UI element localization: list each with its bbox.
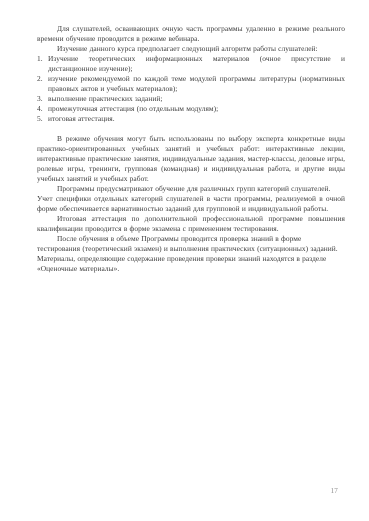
list-item: 2. изучение рекомендуемой по каждой теме… (37, 74, 345, 94)
list-item-text: выполнение практических заданий; (48, 94, 345, 104)
list-item-text: изучение рекомендуемой по каждой теме мо… (48, 74, 345, 94)
paragraph-algorithm-intro: Изучение данного курса предполагает след… (37, 44, 345, 54)
list-item-number: 1. (37, 54, 48, 64)
page-number: 17 (331, 487, 338, 495)
document-page: Для слушателей, осваивающих очную часть … (0, 0, 369, 521)
list-item: 1. Изучение теоретических информационных… (37, 54, 345, 74)
list-item: 5. итоговая аттестация. (37, 114, 345, 124)
paragraph-training-modes: В режиме обучения могут быть использован… (37, 134, 345, 184)
list-item-number: 2. (37, 74, 48, 84)
list-item-text: итоговая аттестация. (48, 114, 345, 124)
paragraph-webinar: Для слушателей, осваивающих очную часть … (37, 24, 345, 44)
list-item-number: 3. (37, 94, 48, 104)
list-item-number: 5. (37, 114, 48, 124)
list-item: 3. выполнение практических заданий; (37, 94, 345, 104)
numbered-list: 1. Изучение теоретических информационных… (37, 54, 345, 124)
paragraph-groups: Программы предусматривают обучение для р… (37, 184, 345, 194)
list-item-number: 4. (37, 104, 48, 114)
list-item: 4. промежуточная аттестация (по отдельны… (37, 104, 345, 114)
paragraph-final-attestation: Итоговая аттестация по дополнительной пр… (37, 214, 345, 234)
page-content: Для слушателей, осваивающих очную часть … (37, 24, 345, 274)
list-item-text: Изучение теоретических информационных ма… (48, 54, 345, 74)
paragraph-specifics: Учет специфики отдельных категорий слуша… (37, 194, 345, 214)
list-item-text: промежуточная аттестация (по отдельным м… (48, 104, 345, 114)
paragraph-after-training: После обучения в объеме Программы провод… (37, 234, 345, 274)
